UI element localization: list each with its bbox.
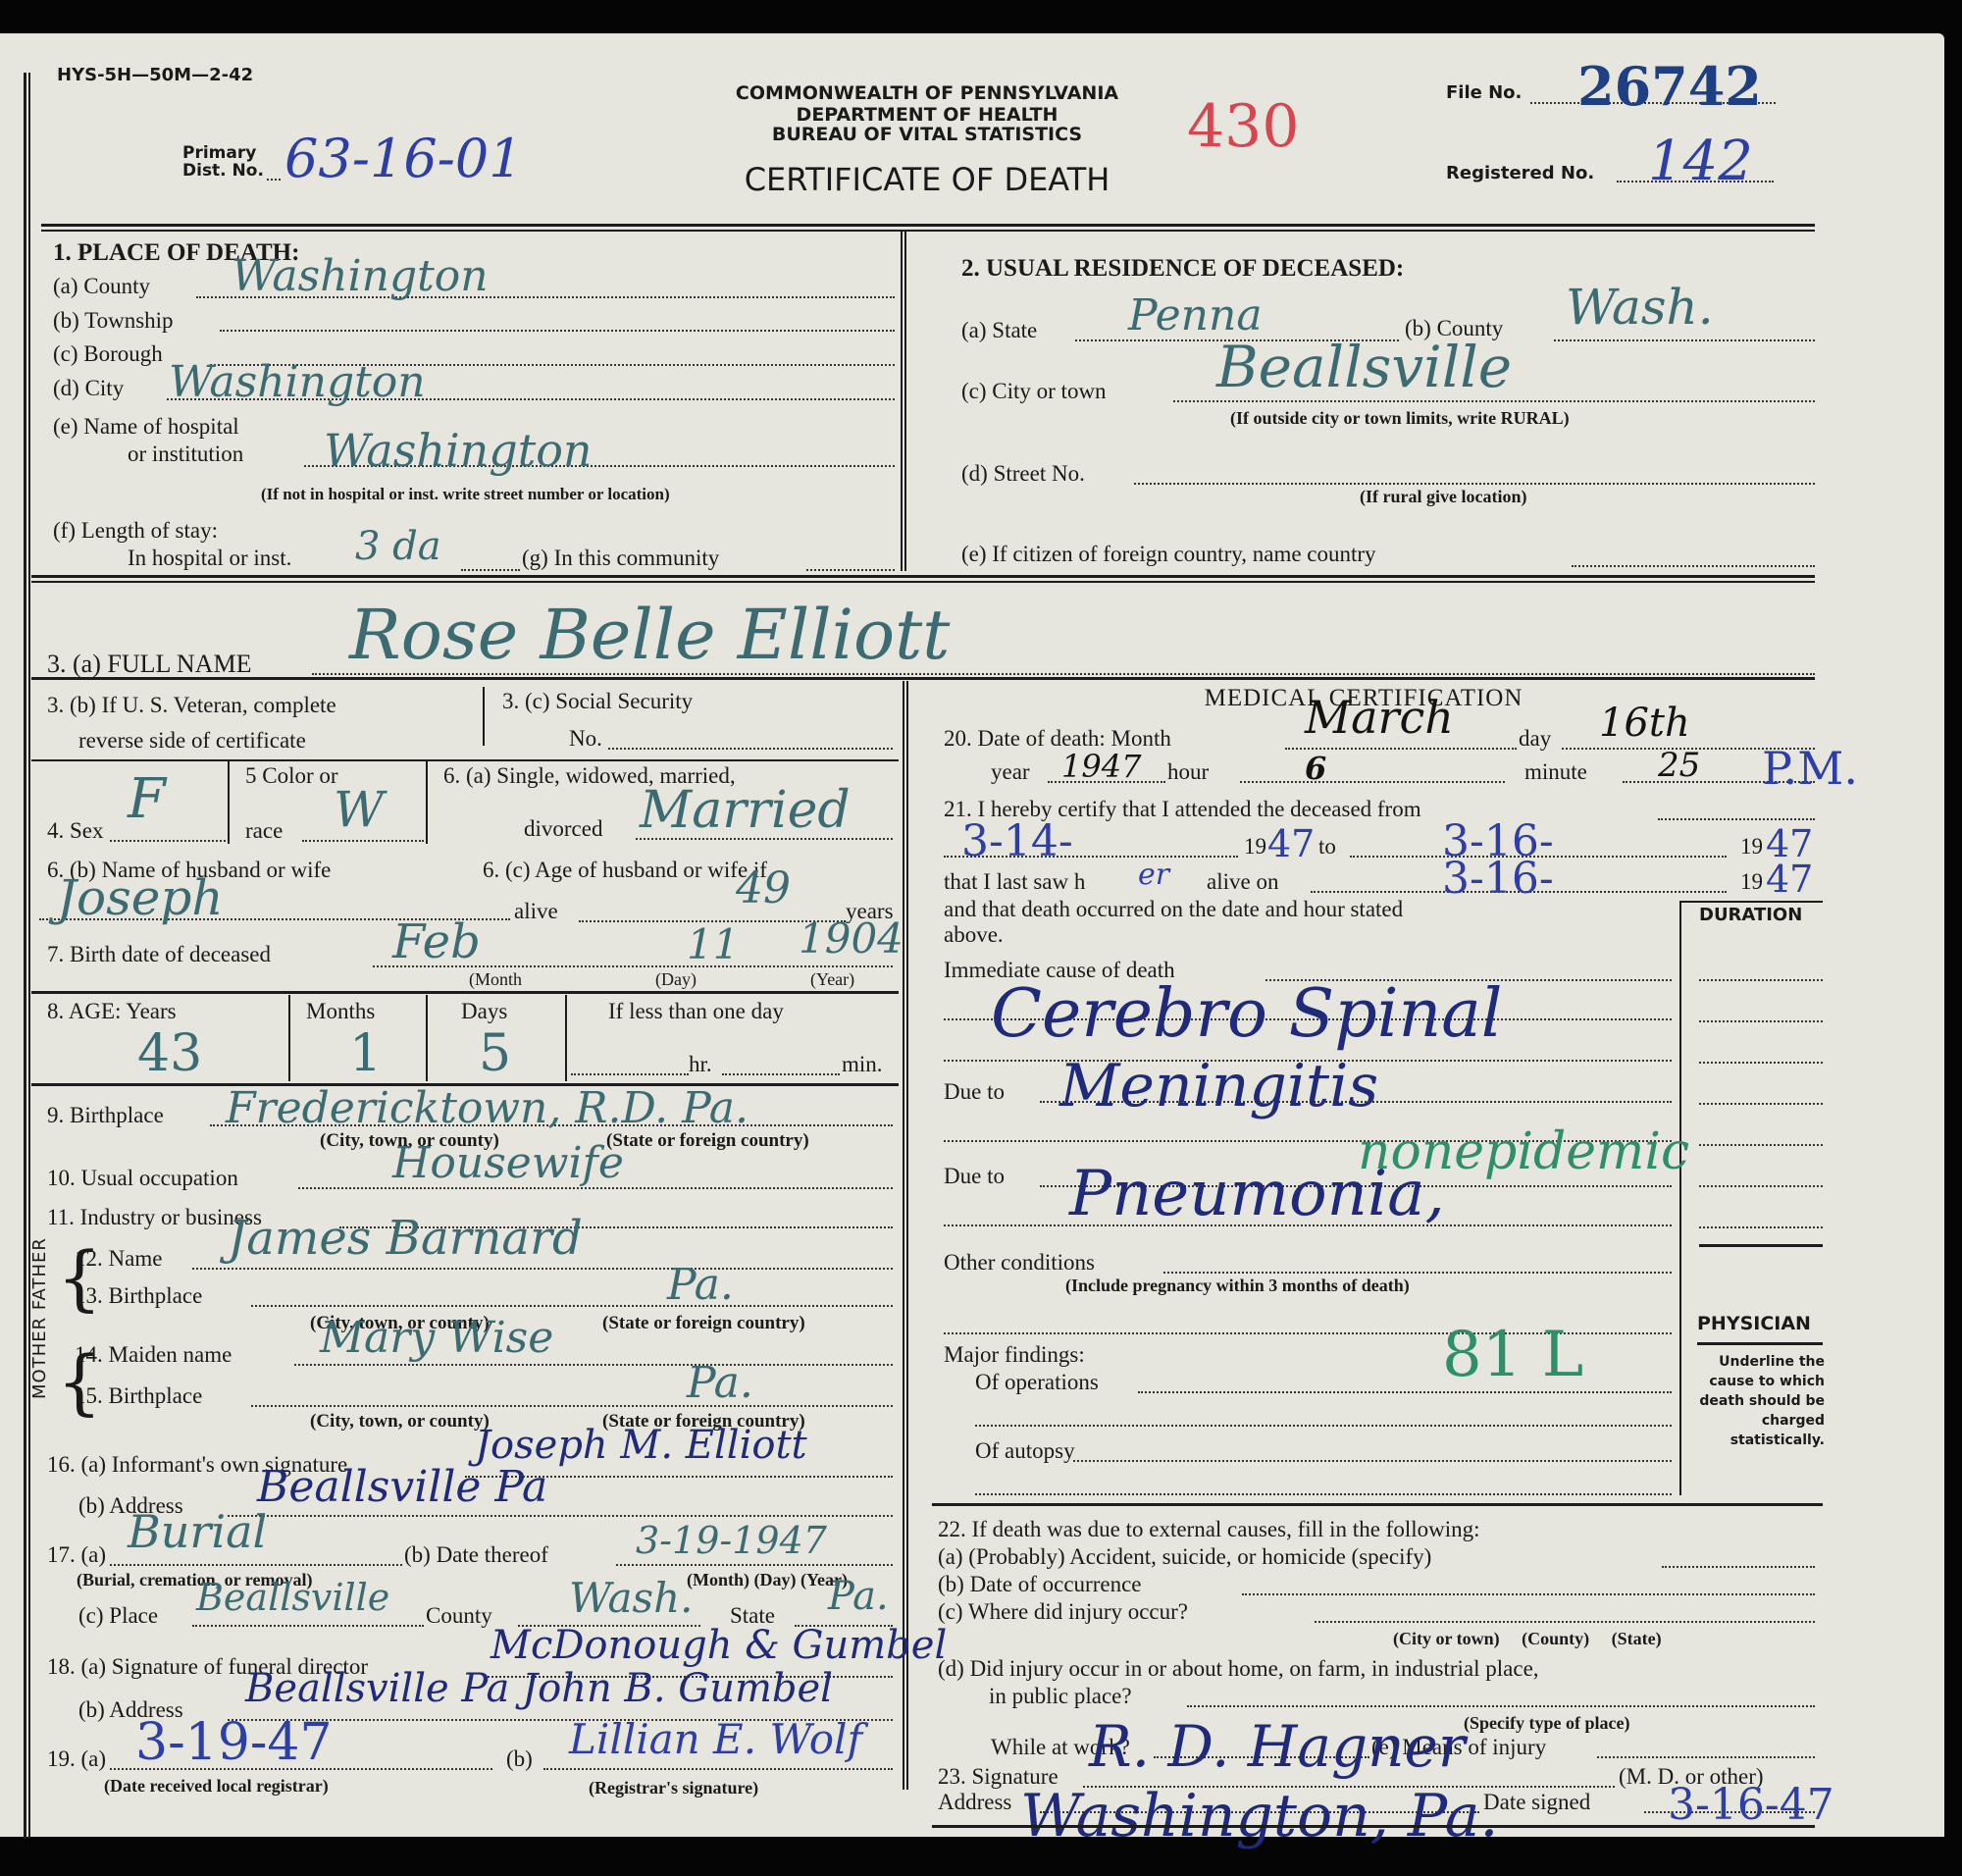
dist-no-label: Dist. No. <box>182 161 264 181</box>
informant-address: Beallsville Pa <box>257 1462 547 1512</box>
attended-from-yr-prefix: 19 <box>1244 834 1266 860</box>
physician-signature: R. D. Hagner <box>1089 1713 1466 1780</box>
burial-state: Pa. <box>828 1574 889 1619</box>
external-b-label: (b) Date of occurrence <box>938 1572 1142 1597</box>
mother-maiden-label: 14. Maiden name <box>75 1342 232 1368</box>
primary-label: Primary <box>182 143 256 163</box>
external-c-label: (c) Where did injury occur? <box>938 1599 1188 1625</box>
age-years-label: 8. AGE: Years <box>47 999 177 1024</box>
registrar-signature: Lillian E. Wolf <box>569 1715 862 1763</box>
last-saw-pronoun: er <box>1138 858 1169 892</box>
registrar-caption: (Registrar's signature) <box>589 1778 758 1798</box>
day-caption: (Day) <box>655 969 697 990</box>
res-city-label: (c) City or town <box>961 379 1107 404</box>
city-label: (d) City <box>53 376 124 401</box>
father-name-label: 12. Name <box>75 1246 162 1272</box>
ssn-no-label: No. <box>569 726 602 752</box>
last-seen-date: 3-16- <box>1442 854 1554 904</box>
age-years: 43 <box>137 1024 202 1083</box>
autopsy-label: Of autopsy <box>975 1438 1075 1464</box>
death-county: Washington <box>232 251 489 301</box>
death-year: 1947 <box>1061 748 1141 785</box>
due-to-1: Meningitis <box>1059 1052 1378 1120</box>
res-county: Wash. <box>1566 279 1714 336</box>
sex-label: 4. Sex <box>47 818 104 844</box>
file-no-label: File No. <box>1446 82 1522 103</box>
father-birthplace-label: 13. Birthplace <box>75 1283 202 1309</box>
sex-value: F <box>128 767 166 831</box>
hospital-label: (e) Name of hospital <box>53 414 239 440</box>
veteran-label: 3. (b) If U. S. Veteran, complete <box>47 693 336 718</box>
death-hour: 6 <box>1305 750 1326 787</box>
race-value: W <box>334 781 384 838</box>
divorced-label: divorced <box>524 816 602 842</box>
received-date: 3-19-47 <box>135 1713 333 1772</box>
last-saw-label: that I last saw h <box>944 869 1085 895</box>
immediate-cause: Cerebro Spinal <box>991 975 1503 1053</box>
attended-from-year: 47 <box>1267 822 1315 865</box>
physician-heading: PHYSICIAN <box>1697 1313 1811 1334</box>
file-no: 26742 <box>1577 55 1762 118</box>
hospital-name: Washington <box>324 424 593 477</box>
agency-line-2: DEPARTMENT OF HEALTH <box>677 104 1177 126</box>
res-street-label: (d) Street No. <box>961 461 1085 487</box>
burial-place: Beallsville <box>196 1576 389 1619</box>
residence-heading: 2. USUAL RESIDENCE OF DECEASED: <box>961 255 1404 283</box>
death-certificate-paper: HYS-5H—50M—2-42 COMMONWEALTH OF PENNSYLV… <box>0 33 1944 1837</box>
month-caption: (Month <box>469 969 522 990</box>
left-border-rule <box>24 73 30 1839</box>
disposition-date-caption: (Month) (Day) (Year) <box>687 1570 848 1590</box>
registered-no-label: Registered No. <box>1446 163 1594 183</box>
county-label: (a) County <box>53 274 150 299</box>
death-city: Washington <box>169 357 426 407</box>
green-code: 81 L <box>1442 1319 1583 1391</box>
death-hour-label: hour <box>1167 759 1209 785</box>
spouse-age-label: 6. (c) Age of husband or wife if <box>483 858 767 883</box>
birth-day: 11 <box>687 920 739 968</box>
death-year-label: year <box>991 759 1030 785</box>
physician-address: Washington, Pa. <box>1020 1782 1498 1850</box>
burial-county: Wash. <box>569 1574 694 1622</box>
disposition: Burial <box>128 1505 267 1558</box>
min-label: min. <box>842 1052 883 1077</box>
attended-to-label: to <box>1318 834 1336 860</box>
red-index-number: 430 <box>1187 92 1300 161</box>
alive-on-label: alive on <box>1207 869 1278 895</box>
form-code: HYS-5H—50M—2-42 <box>57 65 253 85</box>
res-street-note: (If rural give location) <box>1360 487 1526 507</box>
spouse-name: Joseph <box>57 869 224 926</box>
hr-label: hr. <box>689 1052 712 1077</box>
date-signed: 3-16-47 <box>1668 1780 1834 1830</box>
page-title: CERTIFICATE OF DEATH <box>677 161 1177 198</box>
age-less-day-label: If less than one day <box>608 999 784 1024</box>
death-minute: 25 <box>1658 746 1700 785</box>
death-minute-label: minute <box>1524 759 1587 785</box>
mother-birthplace: Pa. <box>687 1358 753 1408</box>
burial-county-label: County <box>426 1603 492 1629</box>
full-name-label: 3. (a) FULL NAME <box>47 650 251 679</box>
due-to-label-2: Due to <box>944 1164 1005 1189</box>
birth-month: Feb <box>392 914 481 969</box>
marital-status: Married <box>640 781 851 840</box>
registered-no: 142 <box>1648 130 1753 193</box>
received-date-label: 19. (a) <box>47 1746 106 1772</box>
res-state-label: (a) State <box>961 318 1037 343</box>
year-caption: (Year) <box>810 969 854 990</box>
birth-year: 1904 <box>799 914 904 963</box>
external-d-label-2: in public place? <box>989 1684 1132 1709</box>
green-annotation: nonepidemic <box>1358 1122 1689 1181</box>
death-ampm: P.M. <box>1762 742 1858 795</box>
birth-date-label: 7. Birth date of deceased <box>47 942 271 967</box>
external-d-label: (d) Did injury occur in or about home, o… <box>938 1656 1539 1682</box>
last-seen-yr-prefix: 19 <box>1740 869 1763 895</box>
death-month: March <box>1305 691 1454 744</box>
institution-label: or institution <box>128 442 243 467</box>
stay-hospital: 3 da <box>355 524 441 569</box>
full-name: Rose Belle Elliott <box>349 595 950 675</box>
hospital-note: (If not in hospital or inst. write stree… <box>261 485 670 504</box>
race-label: 5 Color or <box>245 763 338 789</box>
father-birthplace: Pa. <box>667 1260 734 1310</box>
occurred-label-2: above. <box>944 922 1004 948</box>
birthplace-state-caption: (State or foreign country) <box>606 1130 809 1152</box>
disposition-date: 3-19-1947 <box>636 1519 827 1562</box>
registrar-label: (b) <box>506 1746 533 1772</box>
father-name: James Barnard <box>228 1211 583 1266</box>
physician-address-label: Address <box>938 1790 1011 1815</box>
major-findings-label: Major findings: <box>944 1342 1085 1368</box>
township-label: (b) Township <box>53 308 174 334</box>
agency-line-3: BUREAU OF VITAL STATISTICS <box>677 124 1177 145</box>
age-days-label: Days <box>461 999 507 1024</box>
external-a-label: (a) (Probably) Accident, suicide, or hom… <box>938 1544 1431 1570</box>
physician-note: Underline the cause to which death shoul… <box>1697 1352 1825 1450</box>
alive-label: alive <box>514 899 558 924</box>
date-signed-label: Date signed <box>1483 1790 1590 1815</box>
birthplace: Fredericktown, R.D. Pa. <box>226 1083 749 1133</box>
birthplace-label: 9. Birthplace <box>47 1103 164 1128</box>
funeral-director-address: Beallsville Pa John B. Gumbel <box>245 1666 833 1711</box>
res-foreign-label: (e) If citizen of foreign country, name … <box>961 542 1376 567</box>
age-months-label: Months <box>306 999 375 1024</box>
age-months: 1 <box>349 1024 382 1083</box>
res-city: Beallsville <box>1216 334 1512 400</box>
disposition-label: 17. (a) <box>47 1542 106 1568</box>
operations-label: Of operations <box>975 1370 1099 1395</box>
stay-label: (f) Length of stay: <box>53 518 218 544</box>
mother-birthplace-label: 15. Birthplace <box>75 1383 202 1409</box>
other-conditions-label: Other conditions <box>944 1250 1095 1276</box>
father-state-caption: (State or foreign country) <box>602 1313 805 1334</box>
community-label: (g) In this community <box>522 546 719 571</box>
burial-place-label: (c) Place <box>78 1603 158 1629</box>
ssn-label: 3. (c) Social Security <box>502 689 693 714</box>
duration-heading: DURATION <box>1699 905 1802 925</box>
mother-father-side-label: MOTHER FATHER <box>29 1237 50 1399</box>
external-causes-heading: 22. If death was due to external causes,… <box>938 1517 1479 1542</box>
borough-label: (c) Borough <box>53 341 163 367</box>
veteran-label-2: reverse side of certificate <box>78 728 306 754</box>
occupation: Housewife <box>392 1138 624 1188</box>
mother-city-caption: (City, town, or county) <box>310 1411 490 1433</box>
spouse-age: 49 <box>736 863 791 913</box>
death-day: 16th <box>1599 701 1690 746</box>
external-c-captions: (City or town) (County) (State) <box>1393 1629 1662 1649</box>
primary-dist-no: 63-16-01 <box>284 128 523 189</box>
attended-from: 3-14- <box>961 816 1073 866</box>
disposition-date-label: (b) Date thereof <box>404 1542 548 1568</box>
occupation-label: 10. Usual occupation <box>47 1166 238 1191</box>
other-conditions-note: (Include pregnancy within 3 months of de… <box>1065 1276 1410 1296</box>
mother-maiden-name: Mary Wise <box>320 1313 553 1363</box>
race-label-2: race <box>245 818 283 844</box>
age-days: 5 <box>479 1024 511 1083</box>
due-to-label-1: Due to <box>944 1079 1005 1105</box>
stay-hospital-label: In hospital or inst. <box>128 546 291 571</box>
last-seen-year: 47 <box>1766 858 1813 901</box>
occurred-label: and that death occurred on the date and … <box>944 897 1403 922</box>
received-caption: (Date received local registrar) <box>104 1776 329 1797</box>
funeral-director-signature: McDonough & Gumbel <box>490 1623 947 1668</box>
attended-to-yr-prefix: 19 <box>1740 834 1763 860</box>
external-d-caption: (Specify type of place) <box>1464 1713 1629 1734</box>
res-city-note: (If outside city or town limits, write R… <box>1230 408 1570 429</box>
agency-line-1: COMMONWEALTH OF PENNSYLVANIA <box>677 82 1177 104</box>
death-day-label: day <box>1519 726 1551 752</box>
